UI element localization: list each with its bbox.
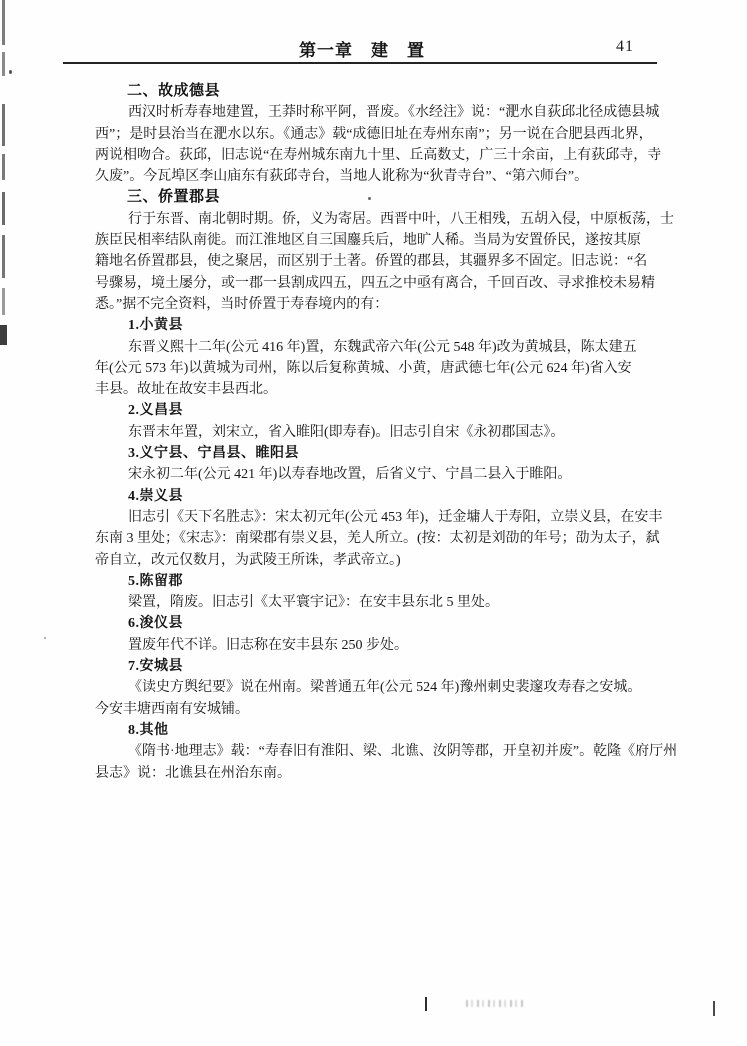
text-line: 置废年代不详。旧志称在安丰县东 250 步处。: [95, 635, 657, 656]
book-page: 第一章 建 置 41 二、故成德县西汉时析寿春地建置，王莽时称平阿，晋废。《水经…: [0, 0, 747, 1046]
text-line: 宋永初二年(公元 421 年)以寿春地改置，后省义宁、宁昌二县入于睢阳。: [95, 464, 657, 485]
item-heading: 4.崇义县: [95, 486, 657, 507]
text-line: 久废”。今瓦埠区李山庙东有荻邱寺台，当地人讹称为“狄青寺台”、“第六师台”。: [95, 166, 657, 187]
header-rule: [63, 62, 657, 64]
page-number: 41: [616, 38, 634, 56]
scan-artifact-line: [2, 104, 5, 146]
item-heading: 6.浚仪县: [95, 613, 657, 634]
text-line: 县志》说：北谯县在州治东南。: [95, 763, 657, 784]
text-line: 号骤易，境土屡分，或一郡一县割成四五，四五之中亟有离合，千回百改、寻求推校未易精: [95, 273, 657, 294]
footer-smudge: [466, 1000, 524, 1007]
scan-speck: [368, 197, 371, 200]
text-line: 今安丰塘西南有安城铺。: [95, 699, 657, 720]
text-line: 两说相吻合。荻邱，旧志说“在寿州城东南九十里、丘高数丈，广三十余亩，上有荻邱寺，…: [95, 145, 657, 166]
text-line: 《读史方舆纪要》说在州南。梁普通五年(公元 524 年)豫州刺史裴邃攻寿春之安城…: [95, 677, 657, 698]
scan-artifact-line: [2, 52, 5, 76]
text-line: 悉。”据不完全资料，当时侨置于寿春境内的有：: [95, 294, 657, 315]
text-line: 行于东晋、南北朝时期。侨，义为寄居。西晋中叶，八王相残，五胡入侵，中原板荡，士: [95, 209, 657, 230]
text-line: 族臣民相率结队南徙。而江淮地区自三国鏖兵后，地旷人稀。当局为安置侨民，遂按其原: [95, 230, 657, 251]
scan-artifact-line: [2, 288, 5, 315]
item-heading: 3.义宁县、宁昌县、睢阳县: [95, 443, 657, 464]
item-heading: 7.安城县: [95, 656, 657, 677]
footer-tick: [713, 1001, 715, 1016]
text-line: 梁置，隋废。旧志引《太平寰宇记》：在安丰县东北 5 里处。: [95, 592, 657, 613]
text-line: 帝自立，改元仅数月，为武陵王所诛，孝武帝立。): [95, 550, 657, 571]
text-line: 西汉时析寿春地建置，王莽时称平阿，晋废。《水经注》说：“淝水自荻邱北径成德县城: [95, 102, 657, 123]
chapter-title: 第一章 建 置: [299, 36, 425, 61]
text-line: 丰县。故址在故安丰县西北。: [95, 379, 657, 400]
scan-artifact-line: [2, 154, 5, 180]
text-line: 籍地名侨置郡县，使之聚居，而区别于土著。侨置的郡县，其疆界多不固定。旧志说：“名: [95, 251, 657, 272]
scan-artifact-line: [2, 192, 5, 225]
section-heading: 三、侨置郡县: [95, 187, 657, 208]
section-heading: 二、故成德县: [95, 81, 657, 102]
scan-artifact-line: [2, 0, 5, 45]
text-line: 《隋书·地理志》载：“寿春旧有淮阳、梁、北谯、汝阴等郡，开皇初并废”。乾隆《府厅…: [95, 741, 657, 762]
page-content: 二、故成德县西汉时析寿春地建置，王莽时称平阿，晋废。《水经注》说：“淝水自荻邱北…: [95, 81, 657, 784]
footer-tick: [425, 997, 427, 1011]
item-heading: 8.其他: [95, 720, 657, 741]
item-heading: 5.陈留郡: [95, 571, 657, 592]
item-heading: 1.小黄县: [95, 315, 657, 336]
text-line: 东晋末年置，刘宋立，省入睢阳(即寿春)。旧志引自宋《永初郡国志》。: [95, 422, 657, 443]
text-line: 旧志引《天下名胜志》：宋太初元年(公元 453 年)，迁金墉人于寿阳，立崇义县，…: [95, 507, 657, 528]
item-heading: 2.义昌县: [95, 400, 657, 421]
scan-speck: [44, 637, 46, 639]
text-line: 西”；是时县治当在淝水以东。《通志》载“成德旧址在寿州东南”；另一说在合肥县西北…: [95, 124, 657, 145]
text-line: 东晋义熙十二年(公元 416 年)置，东魏武帝六年(公元 548 年)改为黄城县…: [95, 337, 657, 358]
text-line: 东南 3 里处；《宋志》：南梁郡有崇义县，羌人所立。(按：太初是刘劭的年号；劭为…: [95, 528, 657, 549]
text-line: 年(公元 573 年)以黄城为司州，陈以后复称黄城、小黄，唐武德七年(公元 62…: [95, 358, 657, 379]
scan-speck: [9, 70, 12, 74]
scan-artifact-line: [0, 325, 7, 345]
scan-artifact-line: [2, 235, 5, 278]
